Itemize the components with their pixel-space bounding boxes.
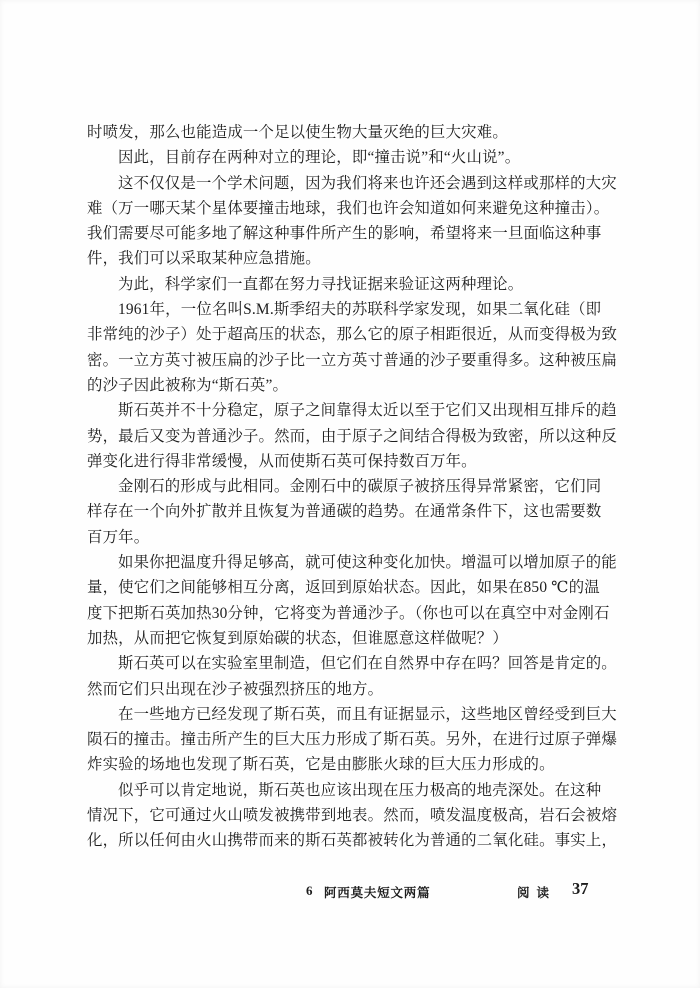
text-line: 似乎可以肯定地说，斯石英也应该出现在压力极高的地壳深处。在这种 — [87, 778, 615, 803]
text-line: 密。一立方英寸被压扁的沙子比一立方英寸普通的沙子要重得多。这种被压扁 — [87, 348, 615, 373]
text-line: 度下把斯石英加热30分钟，它将变为普通沙子。（你也可以在真空中对金刚石 — [87, 601, 615, 626]
text-line: 因此，目前存在两种对立的理论，即“撞击说”和“火山说”。 — [87, 145, 615, 170]
text-line: 弹变化进行得非常缓慢，从而使斯石英可保持数百万年。 — [87, 449, 615, 474]
document-page: 时喷发，那么也能造成一个足以使生物大量灭绝的巨大灾难。因此，目前存在两种对立的理… — [0, 0, 700, 988]
text-line: 陨石的撞击。撞击所产生的巨大压力形成了斯石英。另外，在进行过原子弹爆 — [87, 727, 615, 752]
text-line: 1961年，一位名叫S.M.斯季绍夫的苏联科学家发现，如果二氧化硅（即 — [87, 297, 615, 322]
text-line: 炸实验的场地也发现了斯石英，它是由膨胀火球的巨大压力形成的。 — [87, 752, 615, 777]
text-line: 如果你把温度升得足够高，就可使这种变化加快。增温可以增加原子的能 — [87, 550, 615, 575]
text-line: 在一些地方已经发现了斯石英，而且有证据显示，这些地区曾经受到巨大 — [87, 702, 615, 727]
footer-chapter-number: 6 — [306, 883, 313, 899]
text-line: 势，最后又变为普通沙子。然而，由于原子之间结合得极为致密，所以这种反 — [87, 424, 615, 449]
text-line: 加热，从而把它恢复到原始碳的状态，但谁愿意这样做呢？） — [87, 626, 615, 651]
text-line: 金刚石的形成与此相同。金刚石中的碳原子被挤压得异常紧密，它们同 — [87, 474, 615, 499]
footer-page-number: 37 — [572, 879, 589, 899]
text-line: 非常纯的沙子）处于超高压的状态，那么它的原子相距很近，从而变得极为致 — [87, 322, 615, 347]
text-line: 量，使它们之间能够相互分离，返回到原始状态。因此，如果在850 ℃的温 — [87, 575, 615, 600]
text-line: 斯石英并不十分稳定，原子之间靠得太近以至于它们又出现相互排斥的趋 — [87, 398, 615, 423]
text-line: 这不仅仅是一个学术问题，因为我们将来也许还会遇到这样或那样的大灾 — [87, 171, 615, 196]
text-line: 件，我们可以采取某种应急措施。 — [87, 246, 615, 271]
text-line: 情况下，它可通过火山喷发被携带到地表。然而，喷发温度极高，岩石会被熔 — [87, 803, 615, 828]
text-line: 难（万一哪天某个星体要撞击地球，我们也许会知道如何来避免这种撞击）。 — [87, 196, 615, 221]
text-line: 百万年。 — [87, 525, 615, 550]
text-line: 为此，科学家们一直都在努力寻找证据来验证这两种理论。 — [87, 272, 615, 297]
text-line: 样存在一个向外扩散并且恢复为普通碳的趋势。在通常条件下，这也需要数 — [87, 499, 615, 524]
text-line: 化，所以任何由火山携带而来的斯石英都被转化为普通的二氧化硅。事实上， — [87, 828, 615, 853]
text-line: 斯石英可以在实验室里制造，但它们在自然界中存在吗？回答是肯定的。 — [87, 651, 615, 676]
text-line: 我们需要尽可能多地了解这种事件所产生的影响，希望将来一旦面临这种事 — [87, 221, 615, 246]
text-line: 然而它们只出现在沙子被强烈挤压的地方。 — [87, 677, 615, 702]
footer-section-label: 阅读 — [517, 883, 556, 901]
text-line: 的沙子因此被称为“斯石英”。 — [87, 373, 615, 398]
footer-chapter-title: 阿西莫夫短文两篇 — [324, 883, 430, 901]
text-line: 时喷发，那么也能造成一个足以使生物大量灭绝的巨大灾难。 — [87, 120, 615, 145]
article-body: 时喷发，那么也能造成一个足以使生物大量灭绝的巨大灾难。因此，目前存在两种对立的理… — [87, 120, 615, 854]
